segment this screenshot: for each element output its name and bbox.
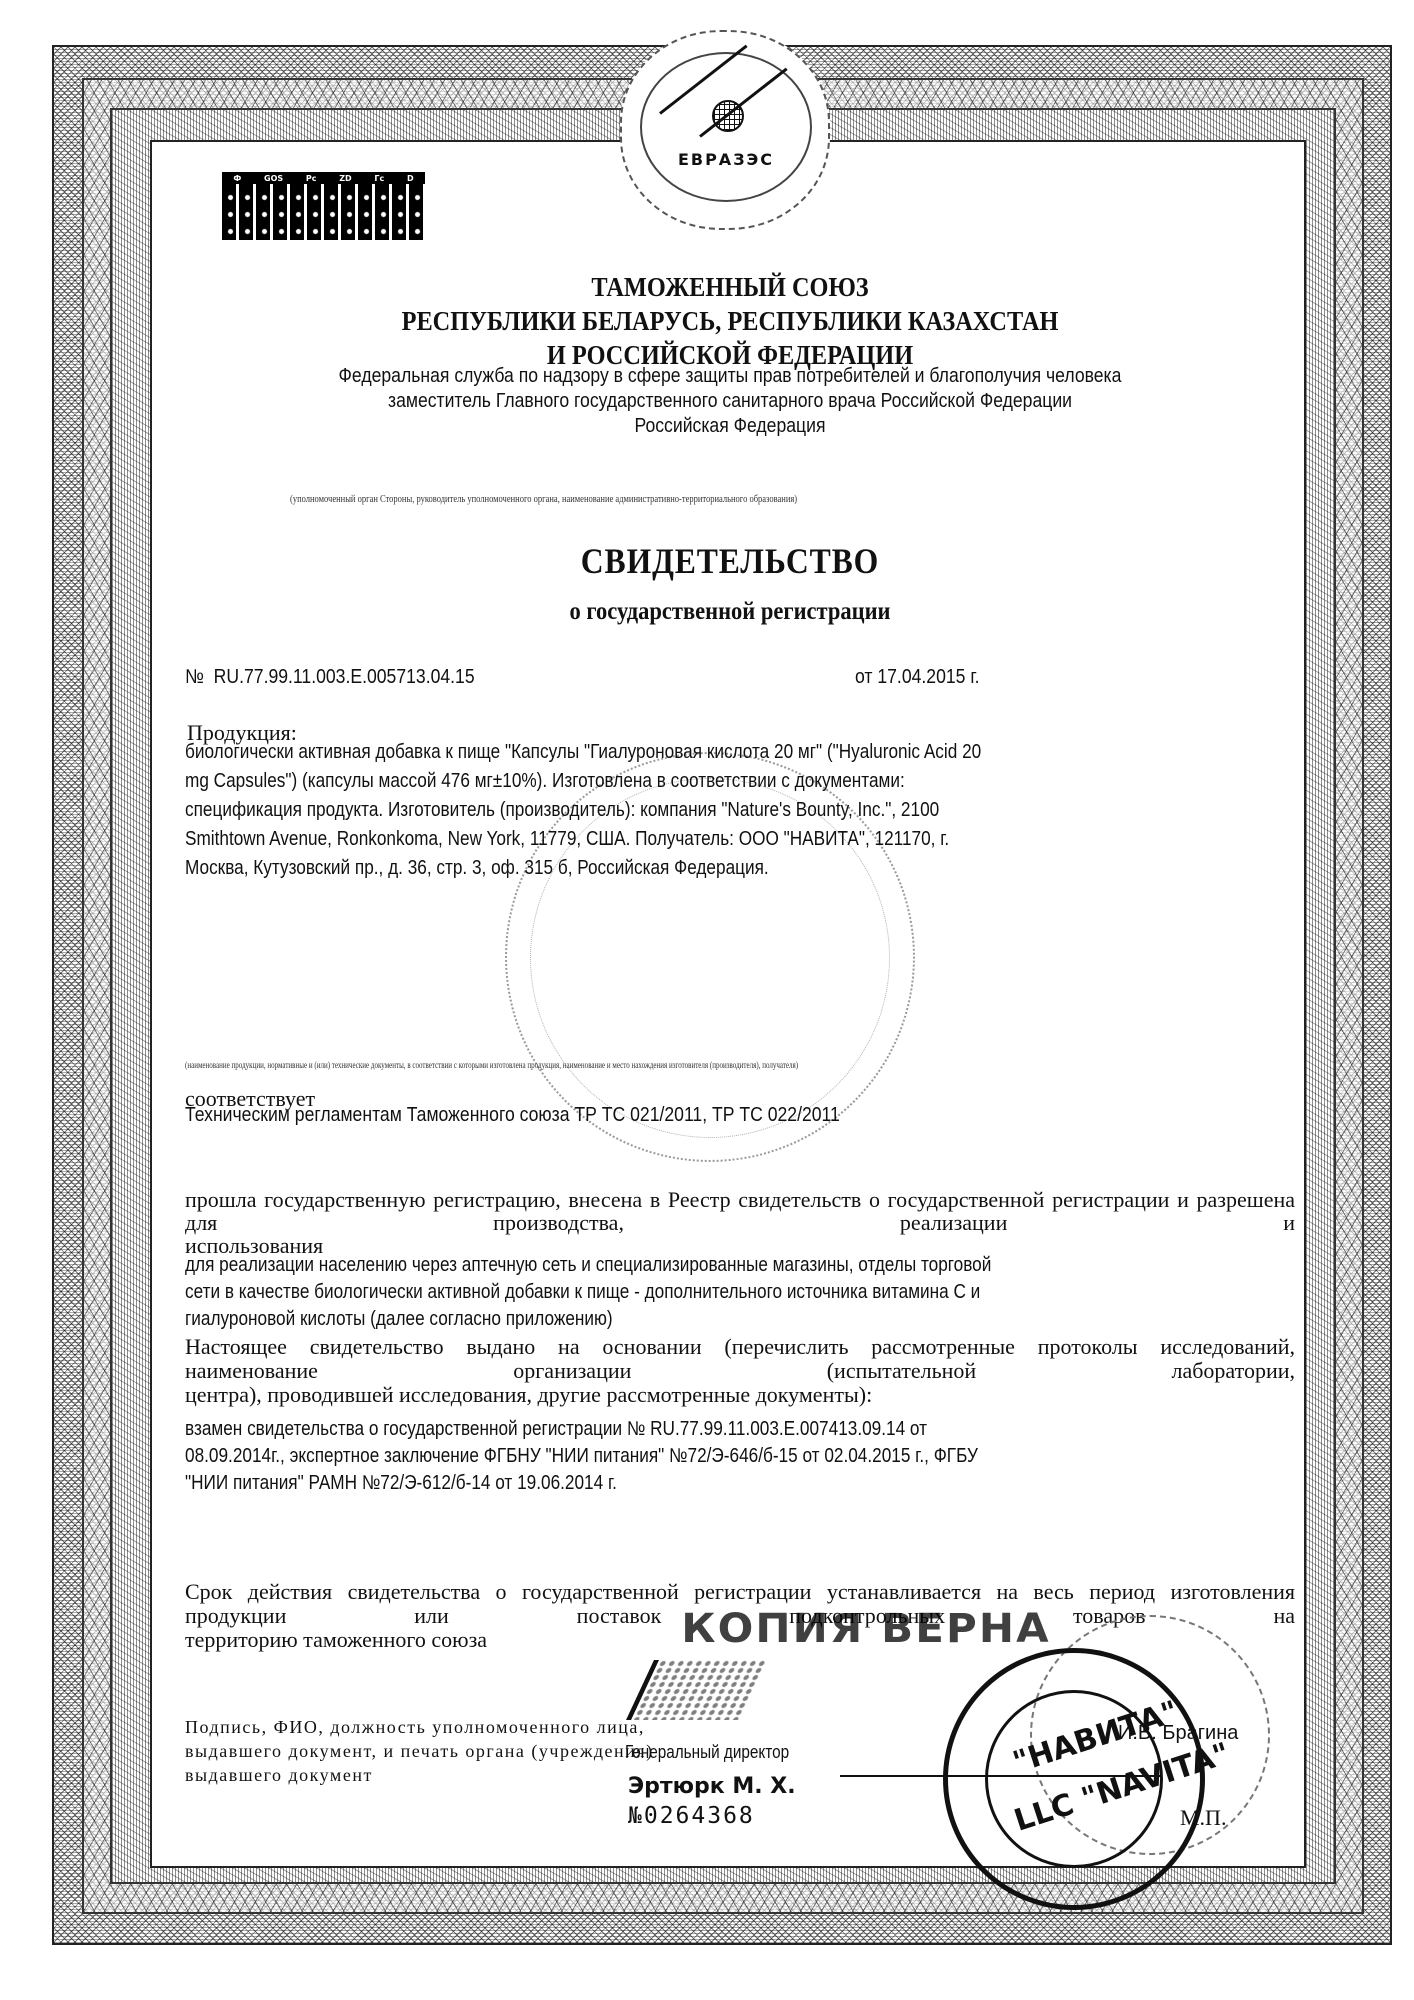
usage-description: для реализации населению через аптечную … [185, 1252, 1312, 1333]
seal-place-mark: М.П. [1180, 1805, 1226, 1831]
product-line: биологически активная добавка к пище "Ка… [185, 738, 1312, 767]
basis-documents: взамен свидетельства о государственной р… [185, 1416, 1312, 1497]
basis-doc-line: 08.09.2014г., экспертное заключение ФГБН… [185, 1443, 1312, 1470]
signature-caption-line: выдавшего документ, и печать органа (учр… [185, 1739, 654, 1763]
basis-statement-end: центра), проводившей исследования, други… [185, 1383, 1295, 1406]
signer-position: Генеральный директор [625, 1742, 789, 1763]
authority-line-2: заместитель Главного государственного са… [228, 389, 1231, 414]
conformity-value: Техническим регламентам Таможенного союз… [185, 1104, 840, 1127]
emblem-label: ЕВРАЗЭС [640, 150, 812, 169]
number-sign: № [185, 666, 204, 688]
authority-caption: (уполномоченный орган Стороны, руководит… [290, 494, 797, 505]
product-line: mg Capsules") (капсулы массой 476 мг±10%… [185, 767, 1312, 796]
barcode-label: Гс [374, 174, 384, 183]
barcode-label: Рс [306, 174, 317, 183]
barcode-label: Ф [233, 174, 241, 183]
usage-line: гиалуроновой кислоты (далее согласно при… [185, 1306, 1312, 1333]
registration-number-value: RU.77.99.11.003.Е.005713.04.15 [214, 666, 475, 688]
customs-union-heading: ТАМОЖЕННЫЙ СОЮЗ РЕСПУБЛИКИ БЕЛАРУСЬ, РЕС… [217, 270, 1243, 372]
signature-caption-line: выдавшего документ [185, 1763, 654, 1787]
signer-stamp: И.В. Брагина [1118, 1722, 1238, 1745]
authority-line-1: Федеральная служба по надзору в сфере за… [228, 364, 1231, 389]
union-line-2: РЕСПУБЛИКИ БЕЛАРУСЬ, РЕСПУБЛИКИ КАЗАХСТА… [217, 304, 1243, 338]
product-description: биологически активная добавка к пище "Ка… [185, 738, 1312, 883]
product-line: Москва, Кутузовский пр., д. 36, стр. 3, … [185, 854, 1312, 883]
certificate-title: СВИДЕТЕЛЬСТВО [228, 540, 1231, 582]
barcode-label: D [407, 174, 414, 183]
usage-line: для реализации населению через аптечную … [185, 1252, 1312, 1279]
signature-caption: Подпись, ФИО, должность уполномоченного … [185, 1715, 654, 1787]
registration-date: от 17.04.2015 г. [855, 666, 979, 689]
globe-icon [712, 100, 744, 132]
signer-name: Эртюрк М. Х. [628, 1774, 796, 1799]
product-caption: (наименование продукции, нормативные и (… [185, 1060, 798, 1070]
issuing-authority: Федеральная служба по надзору в сфере за… [228, 364, 1231, 439]
basis-doc-line: "НИИ питания" РАМН №72/Э-612/б-14 от 19.… [185, 1470, 1312, 1497]
certificate-subtitle: о государственной регистрации [217, 598, 1243, 626]
authority-line-3: Российская Федерация [228, 414, 1231, 439]
product-line: спецификация продукта. Изготовитель (про… [185, 796, 1312, 825]
barcode-labels: Ф GOS Рс ZD Гс D [222, 172, 425, 184]
product-line: Smithtown Avenue, Ronkonkoma, New York, … [185, 825, 1312, 854]
registration-number: № RU.77.99.11.003.Е.005713.04.15 [185, 666, 475, 689]
usage-line: сети в качестве биологически активной до… [185, 1279, 1312, 1306]
basis-statement: Настоящее свидетельство выдано на основа… [185, 1335, 1295, 1383]
signature-caption-line: Подпись, ФИО, должность уполномоченного … [185, 1715, 654, 1739]
union-line-1: ТАМОЖЕННЫЙ СОЮЗ [217, 270, 1243, 304]
copy-verified-stamp: КОПИЯ ВЕРНА [681, 1606, 1051, 1652]
security-pattern-icon: Ф GOS Рс ZD Гс D [222, 172, 425, 240]
registration-statement: прошла государственную регистрацию, внес… [185, 1188, 1295, 1234]
form-number: №0264368 [628, 1803, 755, 1829]
barcode-label: ZD [339, 174, 351, 183]
basis-doc-line: взамен свидетельства о государственной р… [185, 1416, 1312, 1443]
barcode-label: GOS [264, 174, 283, 183]
